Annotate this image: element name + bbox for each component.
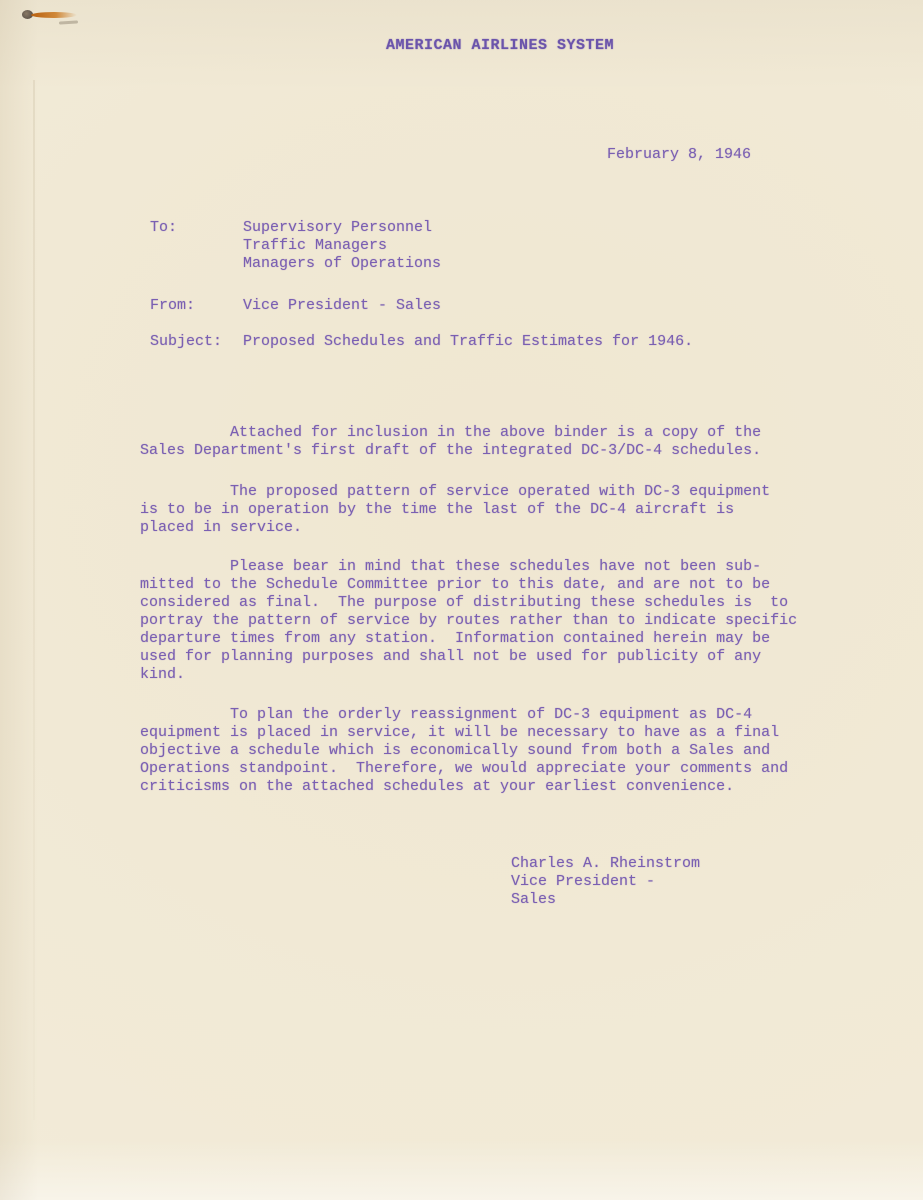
from-row: From: Vice President - Sales <box>150 297 441 315</box>
to-value: Supervisory Personnel Traffic Managers M… <box>243 219 441 273</box>
from-label: From: <box>150 297 243 315</box>
from-value: Vice President - Sales <box>243 297 441 315</box>
rust-stain-streak <box>31 12 77 18</box>
body-paragraph-3: Please bear in mind that these schedules… <box>140 558 830 684</box>
body-paragraph-2: The proposed pattern of service operated… <box>140 483 830 537</box>
subject-value: Proposed Schedules and Traffic Estimates… <box>243 333 693 351</box>
to-label: To: <box>150 219 243 273</box>
signature-dept: Sales <box>511 891 556 909</box>
date-line: February 8, 1946 <box>607 146 751 164</box>
to-row: To: Supervisory Personnel Traffic Manage… <box>150 219 441 273</box>
paper-crease <box>33 80 35 1120</box>
subject-row: Subject: Proposed Schedules and Traffic … <box>150 333 693 351</box>
rust-stain-dash <box>59 20 78 24</box>
subject-label: Subject: <box>150 333 243 351</box>
body-paragraph-4: To plan the orderly reassignment of DC-3… <box>140 706 830 796</box>
signature-title: Vice President - <box>511 873 655 891</box>
letterhead-company: AMERICAN AIRLINES SYSTEM <box>386 37 614 55</box>
letter-page: AMERICAN AIRLINES SYSTEM February 8, 194… <box>0 0 923 1200</box>
body-paragraph-1: Attached for inclusion in the above bind… <box>140 424 830 460</box>
signature-name: Charles A. Rheinstrom <box>511 855 700 873</box>
